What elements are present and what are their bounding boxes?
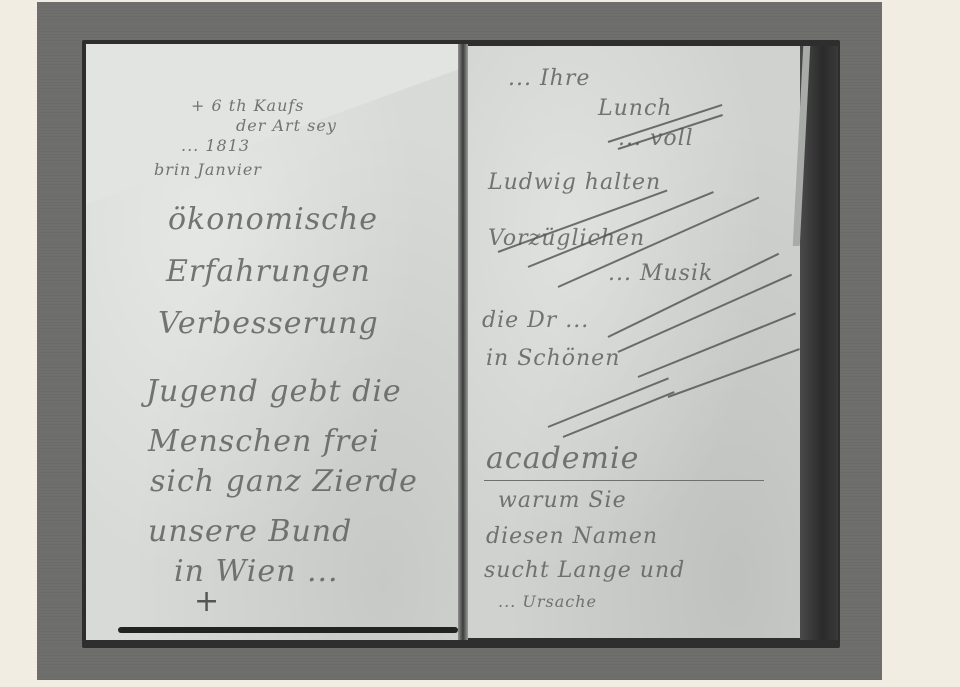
- handwriting-line: Ludwig halten: [488, 170, 661, 195]
- handwriting-line: warum Sie: [498, 488, 627, 513]
- handwriting-line: Erfahrungen: [166, 254, 371, 289]
- handwriting-line: ... Ihre: [508, 66, 590, 91]
- handwriting-line: diesen Namen: [486, 524, 658, 549]
- strike-stroke: [638, 312, 796, 378]
- handwriting-line: Menschen frei: [148, 424, 380, 459]
- right-page: ... Ihre Lunch ... voll Ludwig halten Vo…: [468, 46, 800, 638]
- handwriting-line: ... Musik: [608, 261, 713, 286]
- left-page: + 6 th Kaufs der Art sey ... 1813 brin J…: [86, 44, 458, 640]
- book-spine-gutter: [458, 44, 468, 640]
- handwriting-line: unsere Bund: [148, 514, 352, 549]
- handwriting-line: + 6 th Kaufs: [191, 96, 305, 115]
- handwriting-line: ... 1813: [181, 136, 250, 155]
- handwriting-line: sucht Lange und: [484, 558, 685, 583]
- handwriting-line: sich ganz Zierde: [150, 464, 418, 499]
- handwriting-line: in Schönen: [486, 346, 620, 371]
- handwriting-line: ökonomische: [168, 202, 378, 237]
- handwriting-line: Verbesserung: [158, 306, 379, 341]
- handwriting-line: Jugend gebt die: [146, 374, 402, 409]
- page-edges: [800, 46, 838, 640]
- cross-mark: +: [194, 584, 219, 619]
- handwriting-line: ... voll: [618, 126, 694, 151]
- handwriting-line: die Dr ...: [482, 308, 589, 333]
- handwriting-line: academie: [486, 441, 639, 476]
- divider-line: [484, 480, 764, 481]
- handwriting-line: brin Janvier: [154, 160, 262, 179]
- handwriting-line: der Art sey: [236, 116, 337, 135]
- handwriting-line: ... Ursache: [498, 592, 597, 611]
- page-bottom-edge: [118, 627, 458, 633]
- handwriting-line: Lunch: [598, 96, 672, 121]
